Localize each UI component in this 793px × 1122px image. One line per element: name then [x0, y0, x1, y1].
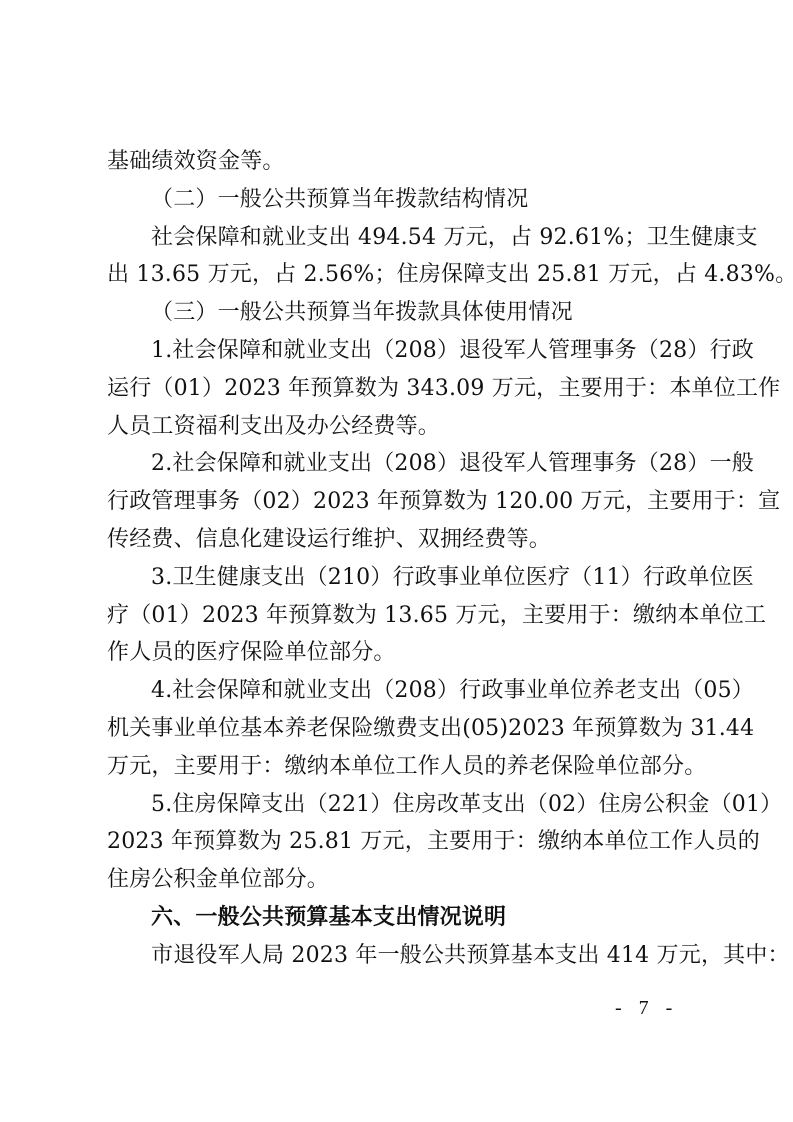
page-number: - 7 - [615, 997, 678, 1020]
section-heading-basic-expenditure: 六、一般公共预算基本支出情况说明 [107, 899, 690, 937]
item-2-line-1: 2.社会保障和就业支出（208）退役军人管理事务（28）一般 [107, 445, 690, 483]
item-4-line-1: 4.社会保障和就业支出（208）行政事业单位养老支出（05） [107, 672, 690, 710]
item-5-line-3: 住房公积金单位部分。 [107, 861, 690, 899]
item-4-line-2: 机关事业单位基本养老保险缴费支出(05)2023 年预算数为 31.44 [107, 710, 690, 748]
paragraph-structure-line-2: 出 13.65 万元，占 2.56%；住房保障支出 25.81 万元，占 4.8… [107, 256, 690, 294]
paragraph-structure-line-1: 社会保障和就业支出 494.54 万元，占 92.61%；卫生健康支 [107, 219, 690, 257]
item-1-line-3: 人员工资福利支出及办公经费等。 [107, 408, 690, 446]
item-3-line-2: 疗（01）2023 年预算数为 13.65 万元，主要用于：缴纳本单位工 [107, 597, 690, 635]
item-2-line-3: 传经费、信息化建设运行维护、双拥经费等。 [107, 521, 690, 559]
item-3-line-1: 3.卫生健康支出（210）行政事业单位医疗（11）行政单位医 [107, 559, 690, 597]
document-body: 基础绩效资金等。 （二）一般公共预算当年拨款结构情况 社会保障和就业支出 494… [107, 143, 690, 975]
subheading-appropriation-structure: （二）一般公共预算当年拨款结构情况 [107, 181, 690, 219]
paragraph-basic-expenditure-line-1: 市退役军人局 2023 年一般公共预算基本支出 414 万元，其中： [107, 937, 690, 975]
text-line-continuation: 基础绩效资金等。 [107, 143, 690, 181]
item-2-line-2: 行政管理事务（02）2023 年预算数为 120.00 万元，主要用于：宣 [107, 483, 690, 521]
item-1-line-1: 1.社会保障和就业支出（208）退役军人管理事务（28）行政 [107, 332, 690, 370]
item-1-line-2: 运行（01）2023 年预算数为 343.09 万元，主要用于：本单位工作 [107, 370, 690, 408]
document-page: 基础绩效资金等。 （二）一般公共预算当年拨款结构情况 社会保障和就业支出 494… [0, 0, 793, 1122]
item-5-line-2: 2023 年预算数为 25.81 万元，主要用于：缴纳本单位工作人员的 [107, 823, 690, 861]
item-3-line-3: 作人员的医疗保险单位部分。 [107, 634, 690, 672]
item-4-line-3: 万元，主要用于：缴纳本单位工作人员的养老保险单位部分。 [107, 748, 690, 786]
item-5-line-1: 5.住房保障支出（221）住房改革支出（02）住房公积金（01） [107, 786, 690, 824]
subheading-appropriation-usage: （三）一般公共预算当年拨款具体使用情况 [107, 294, 690, 332]
